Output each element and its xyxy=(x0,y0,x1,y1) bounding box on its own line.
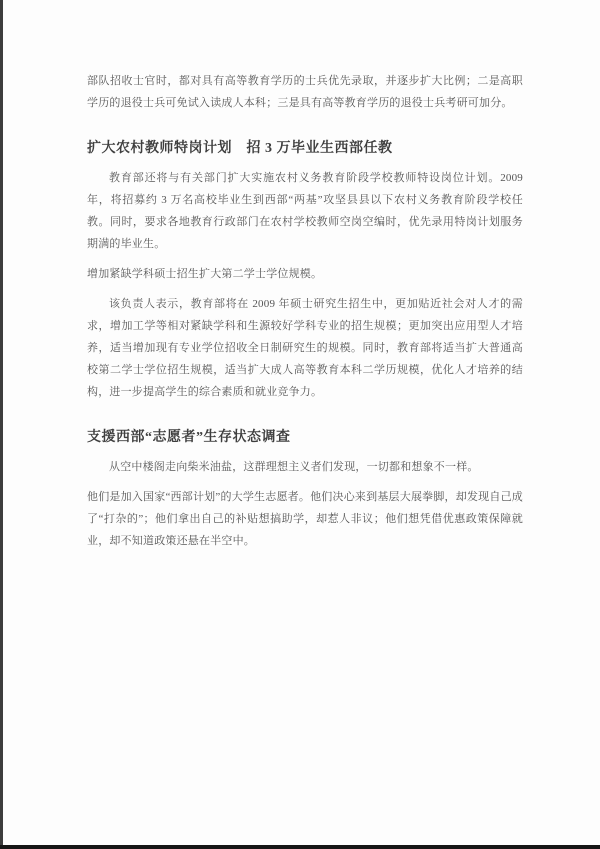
document-page: 部队招收士官时，都对具有高等教育学历的士兵优先录取，并逐步扩大比例；二是高职学历… xyxy=(0,0,600,849)
paragraph-masters-expansion-details: 该负责人表示，教育部将在 2009 年硕士研究生招生中，更加贴近社会对人才的需求… xyxy=(87,293,523,403)
paragraph-volunteer-survey-lead: 从空中楼阁走向柴米油盐，这群理想主义者们发现，一切都和想象不一样。 xyxy=(87,456,523,478)
section-heading-rural-teacher-program: 扩大农村教师特岗计划 招 3 万毕业生西部任教 xyxy=(87,138,523,159)
paragraph-teacher-program-details: 教育部还将与有关部门扩大实施农村义务教育阶段学校教师特设岗位计划。2009 年，… xyxy=(87,167,523,255)
section-heading-volunteer-survey: 支援西部“志愿者”生存状态调查 xyxy=(87,427,523,448)
paragraph-masters-expansion-lead: 增加紧缺学科硕士招生扩大第二学士学位规模。 xyxy=(87,263,523,285)
paragraph-volunteer-survey-details: 他们是加入国家“西部计划”的大学生志愿者。他们决心来到基层大展拳脚，却发现自己成… xyxy=(87,486,523,552)
intro-paragraph: 部队招收士官时，都对具有高等教育学历的士兵优先录取，并逐步扩大比例；二是高职学历… xyxy=(87,70,523,114)
page-bottom-edge xyxy=(0,845,600,849)
page-left-edge xyxy=(0,0,3,849)
document-content: 部队招收士官时，都对具有高等教育学历的士兵优先录取，并逐步扩大比例；二是高职学历… xyxy=(87,70,523,552)
